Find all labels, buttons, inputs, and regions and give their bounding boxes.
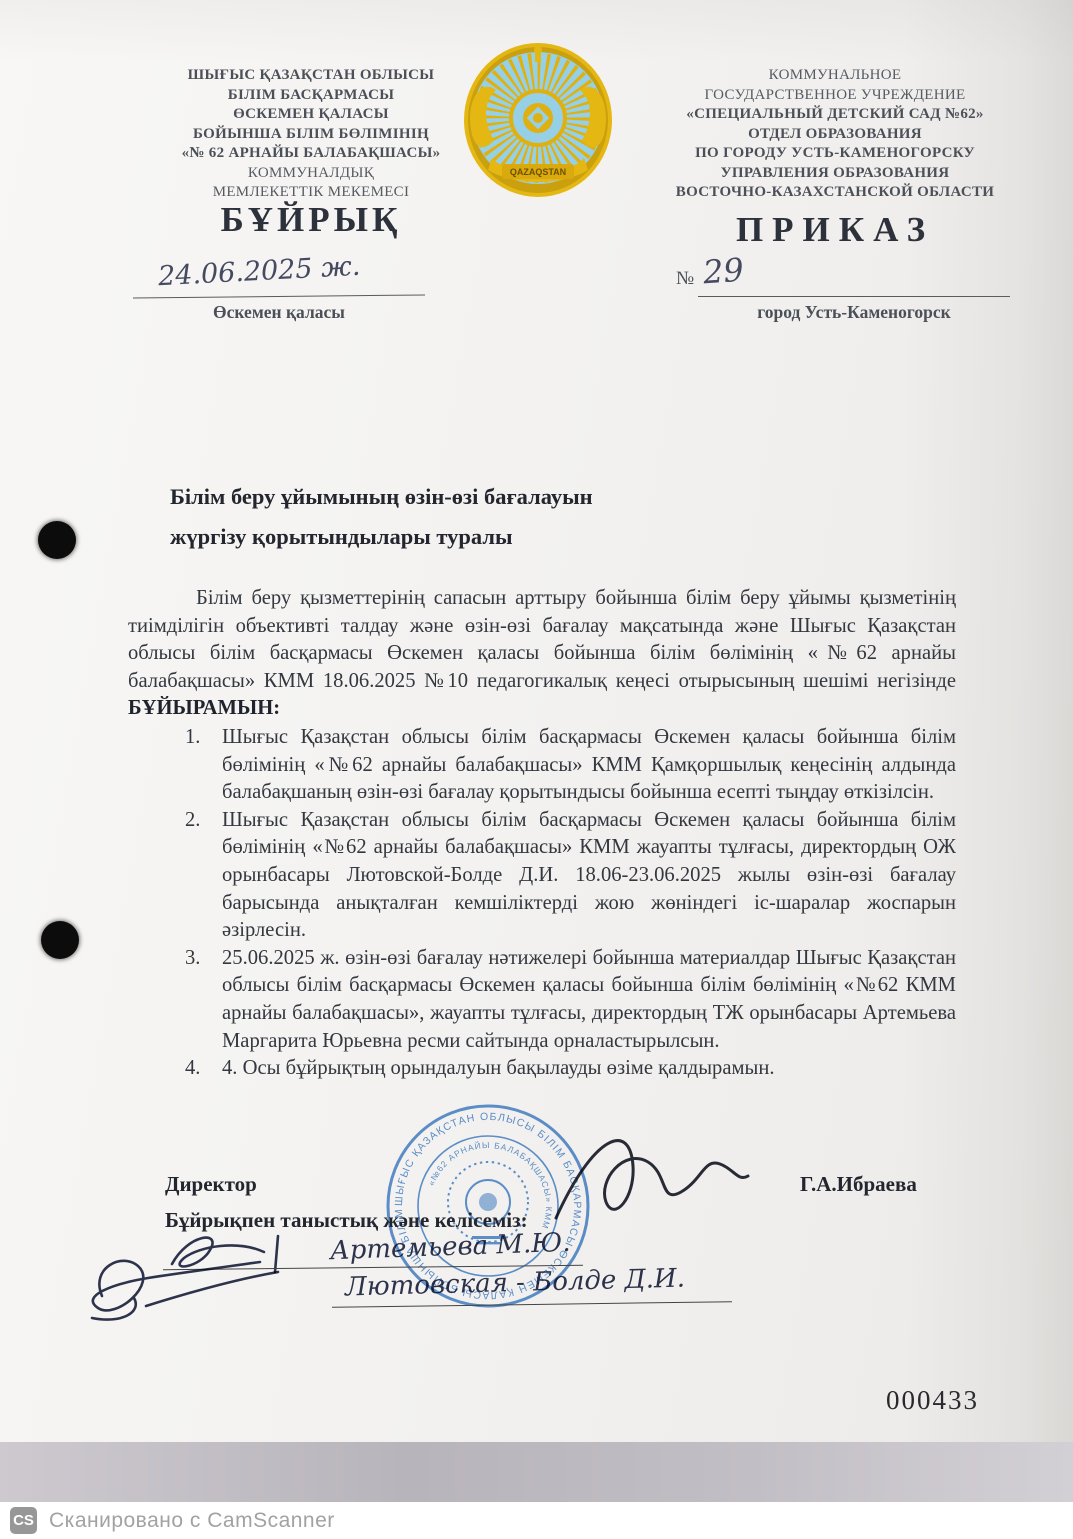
order-intro: Білім беру қызметтерінің сапасын арттыру… [128, 585, 956, 723]
org-ru-line: КОММУНАЛЬНОЕ [655, 66, 1015, 86]
item-text: Шығыс Қазақстан облысы білім басқармасы … [222, 809, 956, 941]
org-name-kazakh: ШЫҒЫС ҚАЗАҚСТАН ОБЛЫСЫ БІЛІМ БАСҚАРМАСЫ … [135, 66, 487, 203]
director-signature-icon [548, 1118, 778, 1243]
hole-punch-dot [38, 521, 76, 559]
camscanner-icon: CS [10, 1507, 37, 1534]
item-number: 3. [185, 945, 200, 973]
number-underline [698, 296, 1010, 297]
camscanner-bar: CS Сканировано с CamScanner [0, 1502, 1073, 1539]
org-ru-line: «СПЕЦИАЛЬНЫЙ ДЕТСКИЙ САД №62» [655, 105, 1015, 125]
doc-type-russian: ПРИКАЗ [655, 210, 1015, 250]
hole-punch-dot [41, 921, 79, 959]
org-kk-line: БОЙЫНША БІЛІМ БӨЛІМІНІҢ [135, 125, 487, 145]
order-title-line: жүргізу қорытындылары туралы [170, 517, 593, 557]
item-text: 25.06.2025 ж. өзін-өзі бағалау нәтижелер… [222, 947, 956, 1052]
item-number: 1. [185, 724, 200, 752]
signature-squiggle-2-icon [82, 1248, 322, 1333]
order-date-handwritten: 24.06.2025 ж. [157, 251, 361, 293]
org-kk-line: «№ 62 АРНАЙЫ БАЛАБАҚШАСЫ» [135, 144, 487, 164]
org-kk-line: КОММУНАЛДЫҚ [135, 164, 487, 184]
org-kk-line: ШЫҒЫС ҚАЗАҚСТАН ОБЛЫСЫ [135, 66, 487, 86]
org-ru-line: ГОСУДАРСТВЕННОЕ УЧРЕЖДЕНИЕ [655, 86, 1015, 106]
item-text: Шығыс Қазақстан облысы білім басқармасы … [222, 726, 956, 803]
org-ru-line: ОТДЕЛ ОБРАЗОВАНИЯ [655, 125, 1015, 145]
org-ru-line: ПО ГОРОДУ УСТЬ-КАМЕНОГОРСКУ [655, 144, 1015, 164]
place-russian: город Усть-Каменогорск [698, 302, 1010, 323]
order-item: 2. Шығыс Қазақстан облысы білім басқарма… [128, 807, 956, 945]
order-number-label: № [676, 268, 694, 290]
intro-text: Білім беру қызметтерінің сапасын арттыру… [128, 587, 956, 692]
item-text: 4. Осы бұйрықтың орындалуын бақылауды өз… [222, 1057, 775, 1079]
order-body: Білім беру қызметтерінің сапасын арттыру… [128, 585, 956, 1083]
page-number-stamp: 000433 [886, 1385, 979, 1416]
order-number-handwritten: 29 [702, 251, 745, 292]
director-name: Г.А.Ибраева [800, 1172, 917, 1197]
item-number: 4. [185, 1055, 200, 1083]
org-kk-line: БІЛІМ БАСҚАРМАСЫ [135, 86, 487, 106]
camscanner-label: Сканировано с CamScanner [49, 1509, 335, 1533]
order-title-line: Білім беру ұйымының өзін-өзі бағалауын [170, 477, 593, 517]
order-item: 3. 25.06.2025 ж. өзін-өзі бағалау нәтиже… [128, 945, 956, 1055]
emblem-banner-text: QAZAQSTAN [510, 167, 566, 177]
place-kazakh: Өскемен қаласы [133, 302, 425, 323]
national-emblem-icon: QAZAQSTAN [462, 40, 614, 205]
org-kk-line: ӨСКЕМЕН ҚАЛАСЫ [135, 105, 487, 125]
item-number: 2. [185, 807, 200, 835]
director-label: Директор [165, 1172, 257, 1197]
order-item: 4. 4. Осы бұйрықтың орындалуын бақылауды… [128, 1055, 956, 1083]
scan-edge-strip [0, 1442, 1073, 1502]
doc-type-kazakh: БҰЙРЫҚ [135, 200, 487, 240]
date-underline [133, 294, 425, 298]
org-ru-line: ВОСТОЧНО-КАЗАХСТАНСКОЙ ОБЛАСТИ [655, 183, 1015, 203]
org-name-russian: КОММУНАЛЬНОЕ ГОСУДАРСТВЕННОЕ УЧРЕЖДЕНИЕ … [655, 66, 1015, 203]
order-item: 1. Шығыс Қазақстан облысы білім басқарма… [128, 724, 956, 807]
order-title: Білім беру ұйымының өзін-өзі бағалауын ж… [170, 477, 593, 557]
scanned-order-document: ШЫҒЫС ҚАЗАҚСТАН ОБЛЫСЫ БІЛІМ БАСҚАРМАСЫ … [0, 0, 1073, 1539]
org-ru-line: УПРАВЛЕНИЯ ОБРАЗОВАНИЯ [655, 164, 1015, 184]
intro-command-word: БҰЙЫРАМЫН: [128, 697, 280, 719]
